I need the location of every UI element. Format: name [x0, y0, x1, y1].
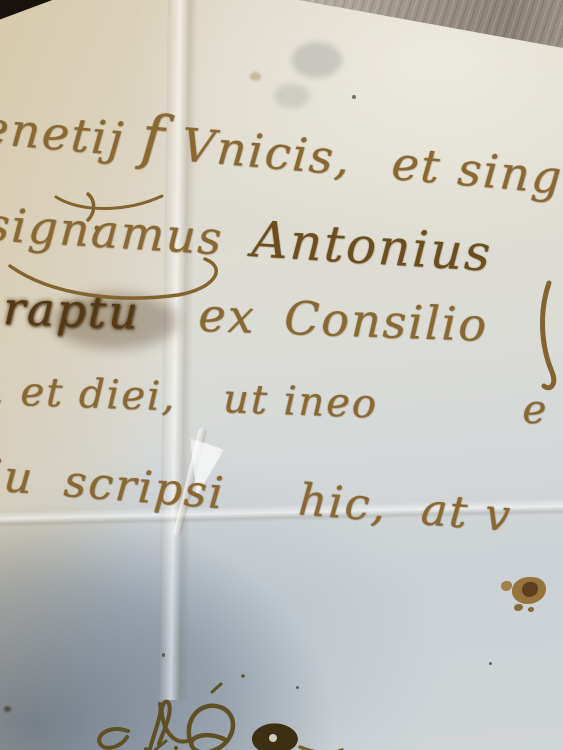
manuscript-photo: enetij f Vnicis, et singul signamus Anto… [0, 0, 563, 750]
stray-ink-strokes-and-signature [0, 0, 563, 750]
paper-sheet: enetij f Vnicis, et singul signamus Anto… [0, 0, 563, 750]
